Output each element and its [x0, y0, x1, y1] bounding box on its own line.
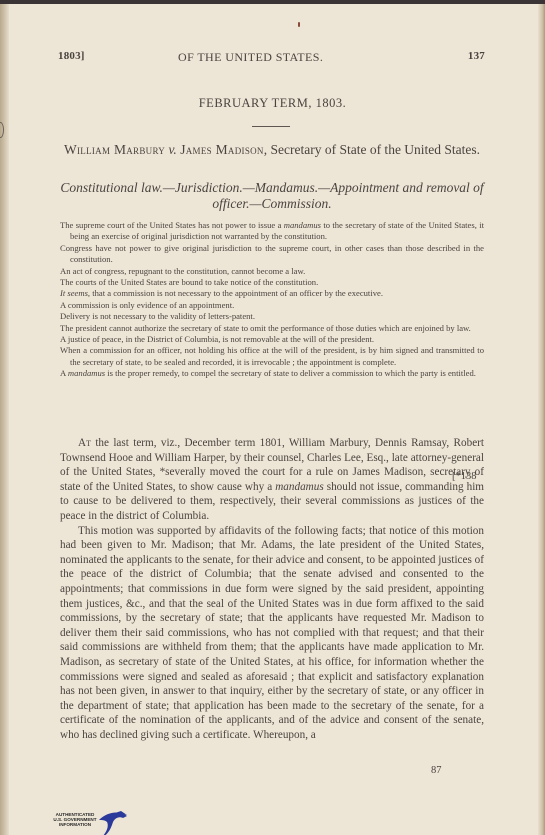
- headnote: The president cannot authorize the secre…: [60, 323, 484, 334]
- subject-heading: Constitutional law.—Jurisdiction.—Mandam…: [60, 180, 484, 212]
- body-text: At the last term, viz., December term 18…: [60, 436, 484, 742]
- ink-speck: [298, 22, 300, 27]
- headnote: A commission is only evidence of an appo…: [60, 300, 484, 311]
- headnote: When a commission for an officer, not ho…: [60, 345, 484, 368]
- gpo-authentication-seal: AUTHENTICATED U.S. GOVERNMENT INFORMATIO…: [45, 810, 135, 835]
- headnotes: The supreme court of the United States h…: [60, 220, 484, 380]
- page-edge-right: [538, 4, 545, 835]
- eagle-icon: [97, 810, 131, 835]
- term-heading: FEBRUARY TERM, 1803.: [0, 96, 545, 111]
- book-page: 1803] OF THE UNITED STATES. 137 FEBRUARY…: [0, 4, 545, 835]
- star-page-marker: [*138: [452, 471, 477, 482]
- versus: v.: [168, 142, 176, 157]
- headnote: An act of congress, repugnant to the con…: [60, 266, 484, 277]
- headnote: A mandamus is the proper remedy, to comp…: [60, 368, 484, 379]
- headnote: The courts of the United States are boun…: [60, 277, 484, 288]
- headnote: It seems, that a commission is not neces…: [60, 288, 484, 299]
- running-head-year: 1803]: [58, 50, 85, 62]
- signature-mark: 87: [431, 765, 442, 776]
- headnote: The supreme court of the United States h…: [60, 220, 484, 243]
- gpo-seal-text: AUTHENTICATED U.S. GOVERNMENT INFORMATIO…: [45, 812, 105, 827]
- divider-rule: [252, 126, 290, 127]
- running-head: 1803] OF THE UNITED STATES. 137: [58, 50, 485, 66]
- headnote: Congress have not power to give original…: [60, 243, 484, 266]
- plaintiff-name: William Marbury: [64, 142, 165, 157]
- defendant-name: James Madison: [180, 142, 264, 157]
- case-title-rest: , Secretary of State of the United State…: [264, 142, 480, 157]
- running-head-title: OF THE UNITED STATES.: [178, 50, 323, 65]
- case-title: William Marbury v. James Madison, Secret…: [60, 142, 484, 157]
- headnote: Delivery is not necessary to the validit…: [60, 311, 484, 322]
- paragraph-2: This motion was supported by affidavits …: [60, 524, 484, 743]
- paragraph-1: At the last term, viz., December term 18…: [60, 436, 484, 524]
- page-number: 137: [468, 50, 485, 62]
- headnote: A justice of peace, in the District of C…: [60, 334, 484, 345]
